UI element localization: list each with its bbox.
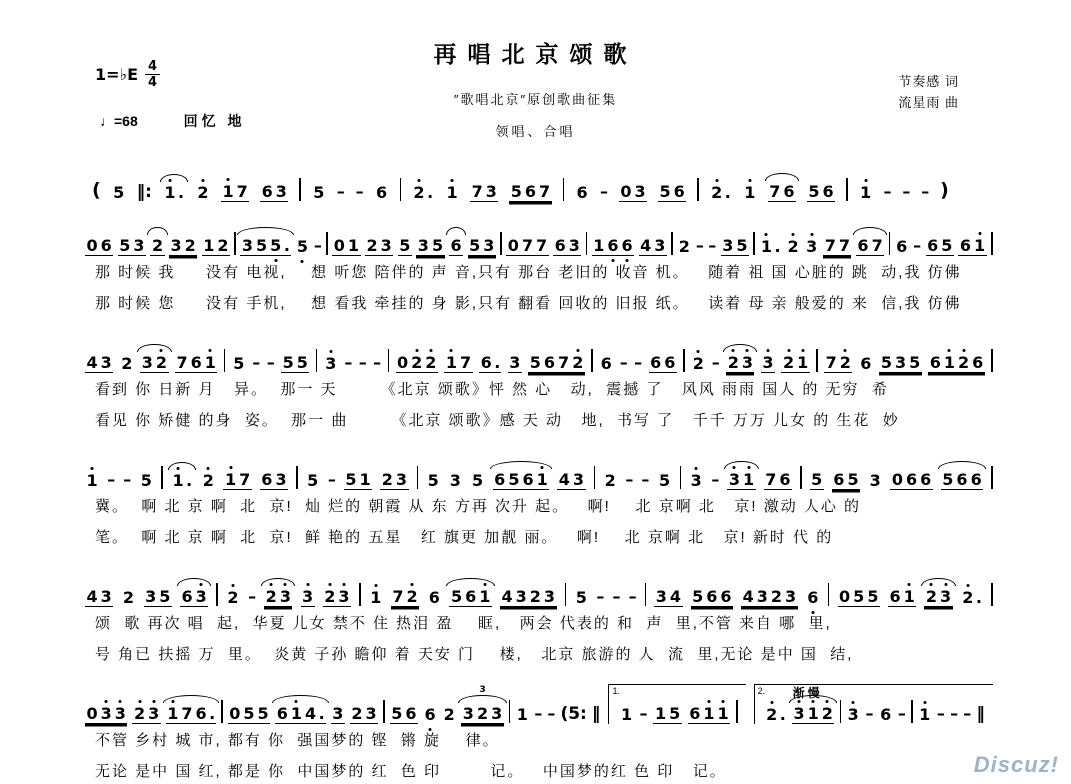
note-group: 6 xyxy=(427,589,441,607)
music-line-6: 03323176.055614.32356623231––(5:‖1.1–156… xyxy=(85,676,993,724)
beam-group: 63 xyxy=(260,183,288,202)
note-group: 3 xyxy=(689,472,703,490)
beam-group: 43 xyxy=(85,588,113,607)
beam-group: 312 xyxy=(792,705,834,724)
note-group: 76 xyxy=(768,183,796,202)
note-group: 72 xyxy=(824,354,852,373)
note-digit: 1 xyxy=(85,472,99,490)
barline xyxy=(671,232,673,255)
barline xyxy=(800,466,802,489)
duration-dash: – xyxy=(600,182,608,202)
note-group: 31 xyxy=(727,471,755,490)
augmentation-dot: . xyxy=(318,705,326,723)
note-digit: 5 xyxy=(658,183,672,201)
beam-group: 2 xyxy=(201,472,215,490)
barline xyxy=(816,349,818,372)
note-digit: 6 xyxy=(821,183,835,201)
beam-group: 355. xyxy=(240,237,291,256)
beam-group: 566 xyxy=(691,588,733,607)
note-digit: 5 xyxy=(158,588,172,606)
note-group: 6. xyxy=(479,354,501,373)
note-digit: 1 xyxy=(619,706,633,724)
beam-group: 53 xyxy=(118,237,146,256)
note-digit: 7 xyxy=(768,183,782,201)
note-digit: 0 xyxy=(838,588,852,606)
note-digit: 7 xyxy=(535,237,549,255)
beam-group: 76 xyxy=(768,183,796,202)
discuz-watermark: Discuz! xyxy=(974,752,1059,778)
note-digit: 2 xyxy=(216,237,230,255)
beam-group: 76 xyxy=(764,471,792,490)
note-digit: 1 xyxy=(369,589,383,607)
beam-group: 3 xyxy=(846,706,860,724)
note-group: 1 xyxy=(918,706,932,724)
note-digit: 1 xyxy=(203,354,217,372)
note-digit: 5 xyxy=(691,588,705,606)
note-digit: 3 xyxy=(448,472,462,490)
note-group: 2 xyxy=(196,184,210,202)
note-group: 1 xyxy=(369,589,383,607)
beam-group: 1 xyxy=(515,706,529,724)
note-digit: 3 xyxy=(301,588,315,606)
note-digit: 1 xyxy=(759,238,773,256)
barline xyxy=(224,349,226,372)
augmentation-dot: . xyxy=(975,589,983,607)
augmentation-dot: . xyxy=(493,354,501,372)
note-digit: 5 xyxy=(574,589,588,607)
note-group: 72 xyxy=(391,588,419,607)
beam-group: 176. xyxy=(166,705,217,724)
note-group: 077 xyxy=(506,237,548,256)
note-group: 535 xyxy=(879,354,921,373)
beam-group: 1 xyxy=(858,184,872,202)
note-group: 6 xyxy=(879,706,893,724)
duration-dash: – xyxy=(641,470,649,490)
note-group: 43 xyxy=(557,471,585,490)
note-digit: 1 xyxy=(444,354,458,372)
note-group: 32 xyxy=(140,354,168,373)
beam-group: 3 xyxy=(868,472,882,490)
note-group: 23 xyxy=(924,588,952,607)
note-digit: 0 xyxy=(85,705,99,723)
note-digit: 3 xyxy=(792,705,806,723)
barline xyxy=(326,232,328,255)
beam-group: 4323 xyxy=(500,588,557,607)
notes-segment: 43235632–23323172656143235–––34566432360… xyxy=(85,583,993,607)
note-group: 56 xyxy=(807,183,835,202)
duration-dash: – xyxy=(337,182,345,202)
beam-group: 2 xyxy=(226,589,240,607)
note-group: 1 xyxy=(85,472,99,490)
note-digit: 3 xyxy=(324,355,338,373)
barline xyxy=(683,349,685,372)
notes-segment: (5‖:1.217635––62.1735676–03562.176561–––… xyxy=(92,178,949,202)
note-digit: 6 xyxy=(260,183,274,201)
barline xyxy=(500,232,502,255)
note-digit: 3 xyxy=(274,471,288,489)
note-group: 23 xyxy=(365,237,393,256)
note-group: 2 xyxy=(603,472,617,490)
note-digit: 1 xyxy=(716,705,730,723)
note-digit: 4 xyxy=(668,588,682,606)
duration-dash: – xyxy=(712,353,720,373)
notes-segment: 065323212355.5–012353565307763166432––35… xyxy=(85,232,993,256)
note-group: 34 xyxy=(654,588,682,607)
note-digit: 5 xyxy=(139,472,153,490)
note-group: 23 xyxy=(350,705,378,724)
note-digit: 4 xyxy=(85,354,99,372)
beam-group: 35 xyxy=(144,588,172,607)
note-group: 65 xyxy=(832,471,860,490)
note-digit: 3 xyxy=(508,354,522,372)
beam-group: 23 xyxy=(726,354,754,373)
note-digit: 6 xyxy=(859,355,873,373)
note-digit: 6 xyxy=(493,471,507,489)
system-4: 1––51.217635–51235356561432––53–31765653… xyxy=(0,442,1071,553)
note-digit: 6 xyxy=(719,588,733,606)
note-group: 6561 xyxy=(493,471,550,490)
note-digit: 3 xyxy=(490,705,504,723)
beam-group: 01 xyxy=(332,237,360,256)
note-group: 17 xyxy=(223,471,251,490)
system-1: (5‖:1.217635––62.1735676–03562.176561–––… xyxy=(0,154,1071,202)
beam-group: 033 xyxy=(85,705,127,724)
lyric-line: 不管 乡村 城 市, 都有 你 强国梦的 铿 锵 旋 律。 xyxy=(95,726,1016,756)
note-group: 2. xyxy=(710,184,732,202)
barline xyxy=(736,700,738,723)
note-digit: 4 xyxy=(639,237,653,255)
duration-dash: – xyxy=(596,587,604,607)
barline xyxy=(889,232,891,255)
beam-group: 23 xyxy=(365,237,393,256)
note-group: 2 xyxy=(120,355,134,373)
time-signature: 4 4 xyxy=(145,60,160,89)
note-group: 43 xyxy=(85,588,113,607)
note-digit: 2 xyxy=(264,588,278,606)
beam-group: 2 xyxy=(150,237,164,256)
note-digit: 4 xyxy=(557,471,571,489)
note-digit: 3 xyxy=(571,471,585,489)
note-digit: 5 xyxy=(281,354,295,372)
duration-dash: – xyxy=(898,704,906,724)
note-digit: 1 xyxy=(653,705,667,723)
note-digit: 2 xyxy=(475,705,489,723)
note-digit: 3 xyxy=(868,472,882,490)
beam-group: 055 xyxy=(228,705,270,724)
beam-group: 15 xyxy=(653,705,681,724)
note-group: 166 xyxy=(592,237,634,256)
note-digit: 2 xyxy=(786,238,800,256)
beam-group: 6 xyxy=(575,184,589,202)
duration-dash: – xyxy=(865,704,873,724)
beam-group: 5 xyxy=(574,589,588,607)
barline xyxy=(161,466,163,489)
beam-group: 566 xyxy=(941,471,983,490)
note-digit: 2 xyxy=(820,705,834,723)
note-digit: 0 xyxy=(332,237,346,255)
barline xyxy=(911,700,913,723)
duration-dash: – xyxy=(123,470,131,490)
barline xyxy=(296,466,298,489)
beam-group: 5672 xyxy=(528,354,585,373)
note-digit: 5 xyxy=(470,472,484,490)
beam-group: 5 xyxy=(139,472,153,490)
duration-dash: – xyxy=(950,704,958,724)
note-digit: 3 xyxy=(482,237,496,255)
note-digit: 5 xyxy=(344,471,358,489)
note-digit: 0 xyxy=(506,237,520,255)
note-digit: 3 xyxy=(132,237,146,255)
note-digit: 6 xyxy=(599,355,613,373)
augmentation-dot: . xyxy=(779,706,787,724)
note-digit: 7 xyxy=(238,471,252,489)
note-group: 2. xyxy=(412,184,434,202)
note-digit: 5 xyxy=(507,471,521,489)
note-group: 176. xyxy=(166,705,217,724)
beam-group: 56 xyxy=(390,705,418,724)
beam-group: 56 xyxy=(658,183,686,202)
note-digit: 4 xyxy=(500,588,514,606)
note-digit: 5 xyxy=(255,237,269,255)
notes-segment: 432327615––553–––022176.356726––662–2332… xyxy=(85,349,993,373)
beam-group: 5 xyxy=(398,237,412,256)
beam-group: 6 xyxy=(427,589,441,607)
note-digit: 6 xyxy=(663,354,677,372)
note-digit: 7 xyxy=(235,183,249,201)
lyric-line: 冀。 啊 北 京 啊 北 京! 灿 烂的 朝霞 从 东 方再 次升 起。 啊! … xyxy=(95,492,1016,522)
beam-group: 65 xyxy=(926,237,954,256)
note-digit: 5 xyxy=(810,471,824,489)
notes-segment: 1––51.217635–51235356561432––53–31765653… xyxy=(85,466,993,490)
beam-group: 23 xyxy=(264,588,292,607)
lyric-line: 颂 歌 再次 唱 起, 华夏 儿女 禁不 住 热泪 盈 眶, 两会 代表的 和 … xyxy=(95,609,1016,639)
barline xyxy=(991,466,993,489)
beam-group: 5 xyxy=(232,355,246,373)
note-digit: 6 xyxy=(955,471,969,489)
note-digit: 1 xyxy=(358,471,372,489)
note-group: 6 xyxy=(575,184,589,202)
note-group: 61 xyxy=(958,237,986,256)
note-digit: 5 xyxy=(908,354,922,372)
note-group: 53 xyxy=(468,237,496,256)
note-group: 1. xyxy=(759,238,781,256)
note-digit: 2 xyxy=(132,705,146,723)
note-group: 6 xyxy=(449,237,463,256)
note-group: 355. xyxy=(240,237,291,256)
beam-group: 43 xyxy=(557,471,585,490)
note-group: 17 xyxy=(221,183,249,202)
duration-dash: – xyxy=(711,470,719,490)
note-group: 3 xyxy=(331,705,345,724)
mood-marking: 回忆 地 xyxy=(184,113,246,129)
note-group: 611 xyxy=(688,705,730,724)
lyric-line: 无论 是中 国 红, 都是 你 中国梦的 红 色 印 记。 中国梦的红 色 印 … xyxy=(95,757,1016,784)
note-group: 5672 xyxy=(528,354,585,373)
note-digit: 6 xyxy=(928,354,942,372)
note-group: 055 xyxy=(838,588,880,607)
note-digit: 5 xyxy=(118,237,132,255)
note-digit: 6 xyxy=(542,354,556,372)
beam-group: 23 xyxy=(380,471,408,490)
note-digit: 6 xyxy=(479,354,493,372)
music-line-1: (5‖:1.217635––62.1735676–03562.176561–––… xyxy=(92,154,949,202)
note-digit: 3 xyxy=(337,588,351,606)
note-group: 5 xyxy=(470,472,484,490)
note-group: 3 xyxy=(805,238,819,256)
note-digit: 3 xyxy=(740,354,754,372)
barline xyxy=(221,700,223,723)
lyric-line: 看见 你 矫健 的身 姿。 那一 曲 《北京 颂歌》感 天 动 地, 书写 了 … xyxy=(95,406,1016,436)
note-digit: 7 xyxy=(538,183,552,201)
note-digit: 5 xyxy=(426,472,440,490)
note-digit: 1 xyxy=(942,354,956,372)
note-digit: 5 xyxy=(846,471,860,489)
note-group: 2 xyxy=(150,237,164,256)
duration-dash: – xyxy=(708,236,716,256)
duration-dash: – xyxy=(267,353,275,373)
note-digit: 6 xyxy=(620,237,634,255)
note-digit: 2 xyxy=(350,705,364,723)
note-digit: 7 xyxy=(175,354,189,372)
duration-dash: – xyxy=(921,182,929,202)
augmentation-dot: . xyxy=(208,705,216,723)
note-digit: 1 xyxy=(743,184,757,202)
note-digit: 3 xyxy=(939,588,953,606)
note-group: 2 xyxy=(201,472,215,490)
barline xyxy=(299,178,301,201)
note-group: 56 xyxy=(390,705,418,724)
barline xyxy=(400,178,402,201)
note-group: 51 xyxy=(344,471,372,490)
note-digit: 1 xyxy=(918,706,932,724)
note-digit: 4 xyxy=(303,705,317,723)
note-digit: 1 xyxy=(202,237,216,255)
note-digit: 3 xyxy=(755,588,769,606)
note-digit: 5 xyxy=(879,354,893,372)
note-digit: 0 xyxy=(85,237,99,255)
beam-group: 5 xyxy=(470,472,484,490)
note-group: 761 xyxy=(175,354,217,373)
note-digit: 3 xyxy=(846,706,860,724)
note-group: 5 xyxy=(139,472,153,490)
barline xyxy=(563,178,565,201)
beam-group: 23 xyxy=(924,588,952,607)
note-digit: 6 xyxy=(649,354,663,372)
note-group: 3 xyxy=(846,706,860,724)
credits: 节奏感 词 流星雨 曲 xyxy=(898,72,959,114)
beam-group: 34 xyxy=(654,588,682,607)
note-group: 6 xyxy=(423,706,437,724)
note-digit: 3 xyxy=(542,588,556,606)
note-group: 2 xyxy=(691,355,705,373)
note-digit: 5 xyxy=(232,355,246,373)
beam-group: 5 xyxy=(657,472,671,490)
system-6: 03323176.055614.32356623231––(5:‖1.1–156… xyxy=(0,676,1071,784)
note-digit: 6 xyxy=(926,237,940,255)
note-digit: 0 xyxy=(890,471,904,489)
note-digit: 2 xyxy=(528,588,542,606)
note-digit: 2 xyxy=(410,354,424,372)
beam-group: 35 xyxy=(721,237,749,256)
note-group: 35 xyxy=(416,237,444,256)
note-digit: 3 xyxy=(364,705,378,723)
note-digit: 3 xyxy=(805,238,819,256)
note-group: 5 xyxy=(306,472,320,490)
note-digit: 1 xyxy=(742,471,756,489)
beam-group: 2. xyxy=(961,589,983,607)
note-group: 055 xyxy=(228,705,270,724)
note-digit: 0 xyxy=(396,354,410,372)
note-group: 3 xyxy=(301,588,315,607)
beam-group: 611 xyxy=(688,705,730,724)
note-digit: 5 xyxy=(940,237,954,255)
header: 1=♭E 4 4 再唱北京颂歌 节奏感 词 流星雨 曲 ″歌唱北京″原创歌曲征集… xyxy=(0,0,1071,150)
beam-group: 53 xyxy=(468,237,496,256)
note-group: 1 xyxy=(858,184,872,202)
duration-dash: – xyxy=(314,236,322,256)
note-digit: 3 xyxy=(331,705,345,723)
note-digit: 5 xyxy=(295,354,309,372)
beam-group: 1 xyxy=(743,184,757,202)
beam-group: 2 xyxy=(603,472,617,490)
note-digit: 2 xyxy=(196,184,210,202)
note-group: 5 xyxy=(112,184,126,202)
note-digit: 2 xyxy=(961,589,975,607)
note-digit: 1 xyxy=(346,237,360,255)
note-digit: 6 xyxy=(856,237,870,255)
note-group: 6 xyxy=(599,355,613,373)
note-digit: 3 xyxy=(140,354,154,372)
note-group: 1. xyxy=(163,184,185,202)
beam-group: 5 xyxy=(426,472,440,490)
text-token: (5: xyxy=(560,704,586,724)
duration-dash: – xyxy=(937,704,945,724)
beam-group: 06 xyxy=(85,237,113,256)
barline xyxy=(565,583,567,606)
barline xyxy=(586,232,588,255)
note-group: 6 xyxy=(806,589,820,607)
note-digit: 2 xyxy=(726,354,740,372)
note-digit: 2 xyxy=(838,354,852,372)
beam-group: 1 xyxy=(619,706,633,724)
duration-dash: – xyxy=(359,353,367,373)
note-group: 2 xyxy=(786,238,800,256)
note-group: 17 xyxy=(444,354,472,373)
note-group: 65 xyxy=(926,237,954,256)
note-digit: 6 xyxy=(449,237,463,255)
note-digit: 5 xyxy=(657,472,671,490)
note-digit: 2 xyxy=(365,237,379,255)
note-group: 3 xyxy=(761,354,775,373)
note-digit: 3 xyxy=(567,237,581,255)
note-group: 614. xyxy=(275,705,326,724)
lyric-line: 笔。 啊 北 京 啊 北 京! 鲜 艳的 五星 红 旗更 加靓 丽。 啊! 北 … xyxy=(95,523,1016,553)
beam-group: 4323 xyxy=(741,588,798,607)
system-2: 065323212355.5–012353565307763166432––35… xyxy=(0,208,1071,319)
note-group: 66 xyxy=(649,354,677,373)
note-group: 6 xyxy=(859,355,873,373)
note-group: 23 xyxy=(264,588,292,607)
beam-group: 3 xyxy=(761,354,775,373)
note-digit: 1 xyxy=(166,705,180,723)
note-digit: 2 xyxy=(710,184,724,202)
volta-segment: 1.1–15611 xyxy=(608,684,745,724)
duration-dash: – xyxy=(963,704,971,724)
beam-group: 31 xyxy=(727,471,755,490)
note-group: 066 xyxy=(890,471,932,490)
key-signature: 1=♭E 4 4 xyxy=(95,60,160,89)
note-digit: 3 xyxy=(169,237,183,255)
